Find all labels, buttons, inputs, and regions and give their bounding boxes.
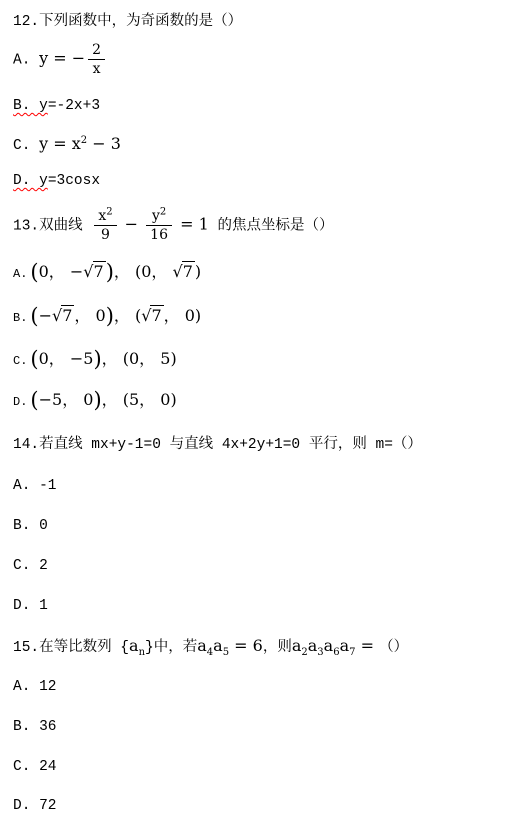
square-root: √7 [173, 262, 195, 281]
text-run: = 6 [229, 636, 263, 655]
question-12-option-a: A. y = −2x [13, 42, 108, 77]
question-15-option-a: A. 12 [13, 677, 57, 697]
misspelling-squiggle-text: B. y [13, 98, 48, 114]
fraction-denominator: 16 [146, 225, 172, 243]
fraction: x29 [94, 208, 116, 243]
document-page: 12.下列函数中，为奇函数的是（） A. y = −2x B. y=-2x+3 … [0, 0, 518, 824]
text-run: a [213, 636, 223, 655]
question-12-title: 12.下列函数中，为奇函数的是（） [13, 12, 242, 32]
radicand: 7 [150, 305, 163, 325]
text-run: =-2x+3 [48, 98, 100, 114]
text-run: ， (0， [114, 262, 173, 281]
question-14-title: 14.若直线 mx+y-1=0 与直线 4x+2y+1=0 平行，则 m=（） [13, 435, 422, 455]
text-run: }中，若 [145, 640, 197, 656]
text-run: = [356, 636, 380, 655]
question-15-option-d: D. 72 [13, 796, 57, 816]
text-run: ， 0 [74, 306, 105, 325]
question-13-option-d: D.(−5， 0)， (5， 0) [13, 390, 177, 412]
big-parenthesis: ( [30, 388, 38, 412]
square-root: √7 [83, 262, 105, 281]
question-12-option-b: B. y=-2x+3 [13, 96, 100, 116]
big-parenthesis: ) [106, 260, 114, 284]
text-run: a [129, 636, 139, 655]
square-root: √7 [52, 306, 74, 325]
big-parenthesis: ( [30, 347, 38, 371]
fraction-denominator: 9 [94, 225, 116, 243]
text-run: a [308, 636, 318, 655]
text-run: − 3 [87, 134, 121, 153]
text-run: 14.若直线 mx+y-1=0 与直线 4x+2y+1=0 平行，则 m=（） [13, 437, 422, 453]
text-run: x [93, 61, 101, 77]
text-run: a [324, 636, 334, 655]
question-14-option-a: A. -1 [13, 476, 57, 496]
text-run: D. [13, 395, 27, 409]
text-run: y [152, 208, 160, 224]
misspelling-squiggle-text: D. y [13, 173, 48, 189]
fraction-numerator: y2 [146, 208, 172, 225]
text-run: A. [13, 52, 39, 68]
text-run: 9 [101, 227, 110, 243]
text-run: − [120, 214, 144, 233]
text-run: D. 1 [13, 598, 48, 614]
text-run: 2 [92, 42, 101, 58]
text-run: = 1 [175, 214, 209, 233]
text-run: 15.在等比数列 { [13, 640, 129, 656]
big-parenthesis: ) [106, 304, 114, 328]
text-run: y = x [39, 134, 81, 153]
text-run: A. 12 [13, 679, 57, 695]
question-15-option-b: B. 36 [13, 717, 57, 737]
text-run: B. [13, 311, 27, 325]
text-run: C. [13, 354, 27, 368]
fraction-denominator: x [88, 59, 105, 77]
question-13-title: 13.双曲线 x29 − y216 = 1 的焦点坐标是（） [13, 208, 333, 243]
fraction-numerator: 2 [88, 42, 105, 59]
big-parenthesis: ) [93, 388, 101, 412]
text-run: =3cosx [48, 173, 100, 189]
text-run: y = − [39, 48, 85, 67]
text-run: B. 36 [13, 719, 57, 735]
text-run: a [197, 636, 207, 655]
text-run: ) [195, 262, 201, 281]
text-run: − [39, 306, 52, 325]
big-parenthesis: ) [93, 347, 101, 371]
text-run: ， ( [114, 306, 141, 325]
superscript: 2 [160, 206, 166, 217]
text-run: 13.双曲线 [13, 218, 91, 234]
fraction: 2x [88, 42, 105, 77]
text-run: 16 [150, 227, 168, 243]
text-run: a [292, 636, 302, 655]
radicand: 7 [61, 305, 74, 325]
text-run: A. -1 [13, 478, 57, 494]
big-parenthesis: ( [30, 260, 38, 284]
text-run: ， (0， 5) [102, 349, 177, 368]
text-run: 0， − [39, 262, 84, 281]
fraction-numerator: x2 [94, 208, 116, 225]
text-run: 的焦点坐标是（） [209, 218, 334, 234]
question-12-option-d: D. y=3cosx [13, 171, 100, 191]
text-run: B. 0 [13, 518, 48, 534]
radical-sign: √ [83, 262, 93, 282]
fraction: y216 [146, 208, 172, 243]
text-run: （） [379, 640, 408, 656]
question-14-option-c: C. 2 [13, 556, 48, 576]
text-run: 0， −5 [39, 349, 94, 368]
radicand: 7 [182, 261, 195, 281]
square-root: √7 [141, 306, 163, 325]
question-13-option-a: A.(0， −√7)， (0， √7) [13, 262, 201, 284]
text-run: ， (5， 0) [102, 390, 177, 409]
text-run: A. [13, 267, 27, 281]
text-run: −5， 0 [39, 390, 94, 409]
question-13-option-b: B.(−√7， 0)， (√7， 0) [13, 306, 201, 328]
radicand: 7 [93, 261, 106, 281]
question-15-option-c: C. 24 [13, 757, 57, 777]
text-run: C. 24 [13, 759, 57, 775]
text-run: C. 2 [13, 558, 48, 574]
text-run: C. [13, 138, 39, 154]
superscript: 2 [106, 206, 112, 217]
question-12-option-c: C. y = x2 − 3 [13, 134, 121, 156]
big-parenthesis: ( [30, 304, 38, 328]
text-run: 12.下列函数中，为奇函数的是（） [13, 14, 242, 30]
text-run: ， 0) [164, 306, 202, 325]
text-run: a [340, 636, 350, 655]
question-15-title: 15.在等比数列 {an}中，若a4a5 = 6，则a2a3a6a7 = （） [13, 636, 408, 658]
text-run: ，则 [263, 640, 292, 656]
question-13-option-c: C.(0， −5)， (0， 5) [13, 349, 177, 371]
text-run: D. 72 [13, 798, 57, 814]
question-14-option-d: D. 1 [13, 596, 48, 616]
question-14-option-b: B. 0 [13, 516, 48, 536]
